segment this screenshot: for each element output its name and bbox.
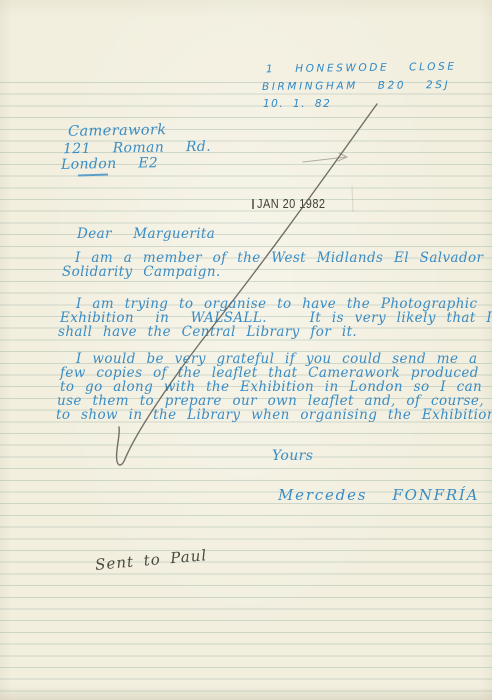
sender-address-line: 1 HONESWODE CLOSE bbox=[266, 61, 457, 76]
closing: Yours bbox=[272, 448, 313, 464]
recipient-address-line: Camerawork bbox=[68, 122, 167, 140]
stamp-tick-mark bbox=[252, 199, 254, 209]
signature: Mercedes FONFRÍA bbox=[278, 486, 479, 504]
salutation: Dear Marguerita bbox=[77, 226, 215, 242]
recipient-address-line: 121 Roman Rd. bbox=[63, 139, 211, 158]
recipient-address-line: London E2 bbox=[61, 155, 158, 173]
date-stamp: JAN 20 1982 bbox=[257, 197, 325, 211]
letter-page: 1 HONESWODE CLOSE BIRMINGHAM B20 2SJ 10.… bbox=[0, 0, 492, 700]
body-line: Solidarity Campaign. bbox=[62, 264, 221, 280]
sender-date-line: 10. 1. 82 bbox=[263, 98, 331, 110]
sender-address-line: BIRMINGHAM B20 2SJ bbox=[262, 79, 450, 93]
body-line: shall have the Central Library for it. bbox=[58, 324, 357, 340]
body-line: to show in the Library when organising t… bbox=[56, 407, 492, 423]
